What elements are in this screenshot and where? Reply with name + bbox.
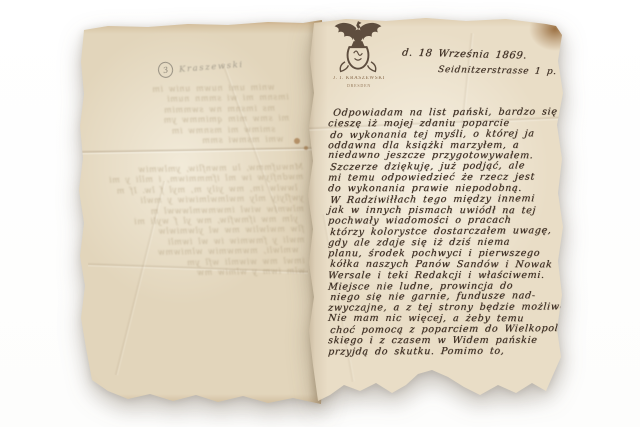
bleedthrough-line: wlm iwm y wlmiw mw xyxy=(105,266,305,280)
pencil-annotation: 3 Kraszewski xyxy=(158,58,245,78)
handwritten-address: Seidnitzerstrasse 1 p. xyxy=(437,65,557,77)
bleedthrough-text-upper: wnim umi nuwm uniw imimsnm mi wi smmn nu… xyxy=(113,82,289,147)
handwriting-line: przyjdą do skutku. Pomimo to, xyxy=(328,346,563,358)
eagle-crest-icon xyxy=(332,19,384,77)
bleedthrough-line: wmi msmwi smm xyxy=(114,135,283,148)
handwritten-date: d. 18 Września 1869. xyxy=(401,47,527,61)
right-page-wrap: J. I. KRASZEWSKI DRESDEN d. 18 Września … xyxy=(306,13,568,411)
foxing-spot xyxy=(294,138,300,144)
pencil-word: Kraszewski xyxy=(179,60,244,75)
bleedthrough-text-lower: Mnwufmmw, lu mwnfliw, ymlwmiwmwdnfiyw iw… xyxy=(103,162,305,280)
left-page: 3 Kraszewski wnim umi nuwm uniw imimsnm … xyxy=(78,18,324,406)
right-page: J. I. KRASZEWSKI DRESDEN d. 18 Września … xyxy=(306,13,568,411)
photograph-of-letter: 3 Kraszewski wnim umi nuwm uniw imimsnm … xyxy=(0,0,640,427)
letterhead-name: J. I. KRASZEWSKI xyxy=(324,76,394,81)
letter-body: Odpowiadam na list pański, bardzo sięcie… xyxy=(328,108,562,357)
letterhead-city: DRESDEN xyxy=(324,83,394,88)
circled-number: 3 xyxy=(157,61,175,80)
left-page-wrap: 3 Kraszewski wnim umi nuwm uniw imimsnm … xyxy=(78,18,324,406)
